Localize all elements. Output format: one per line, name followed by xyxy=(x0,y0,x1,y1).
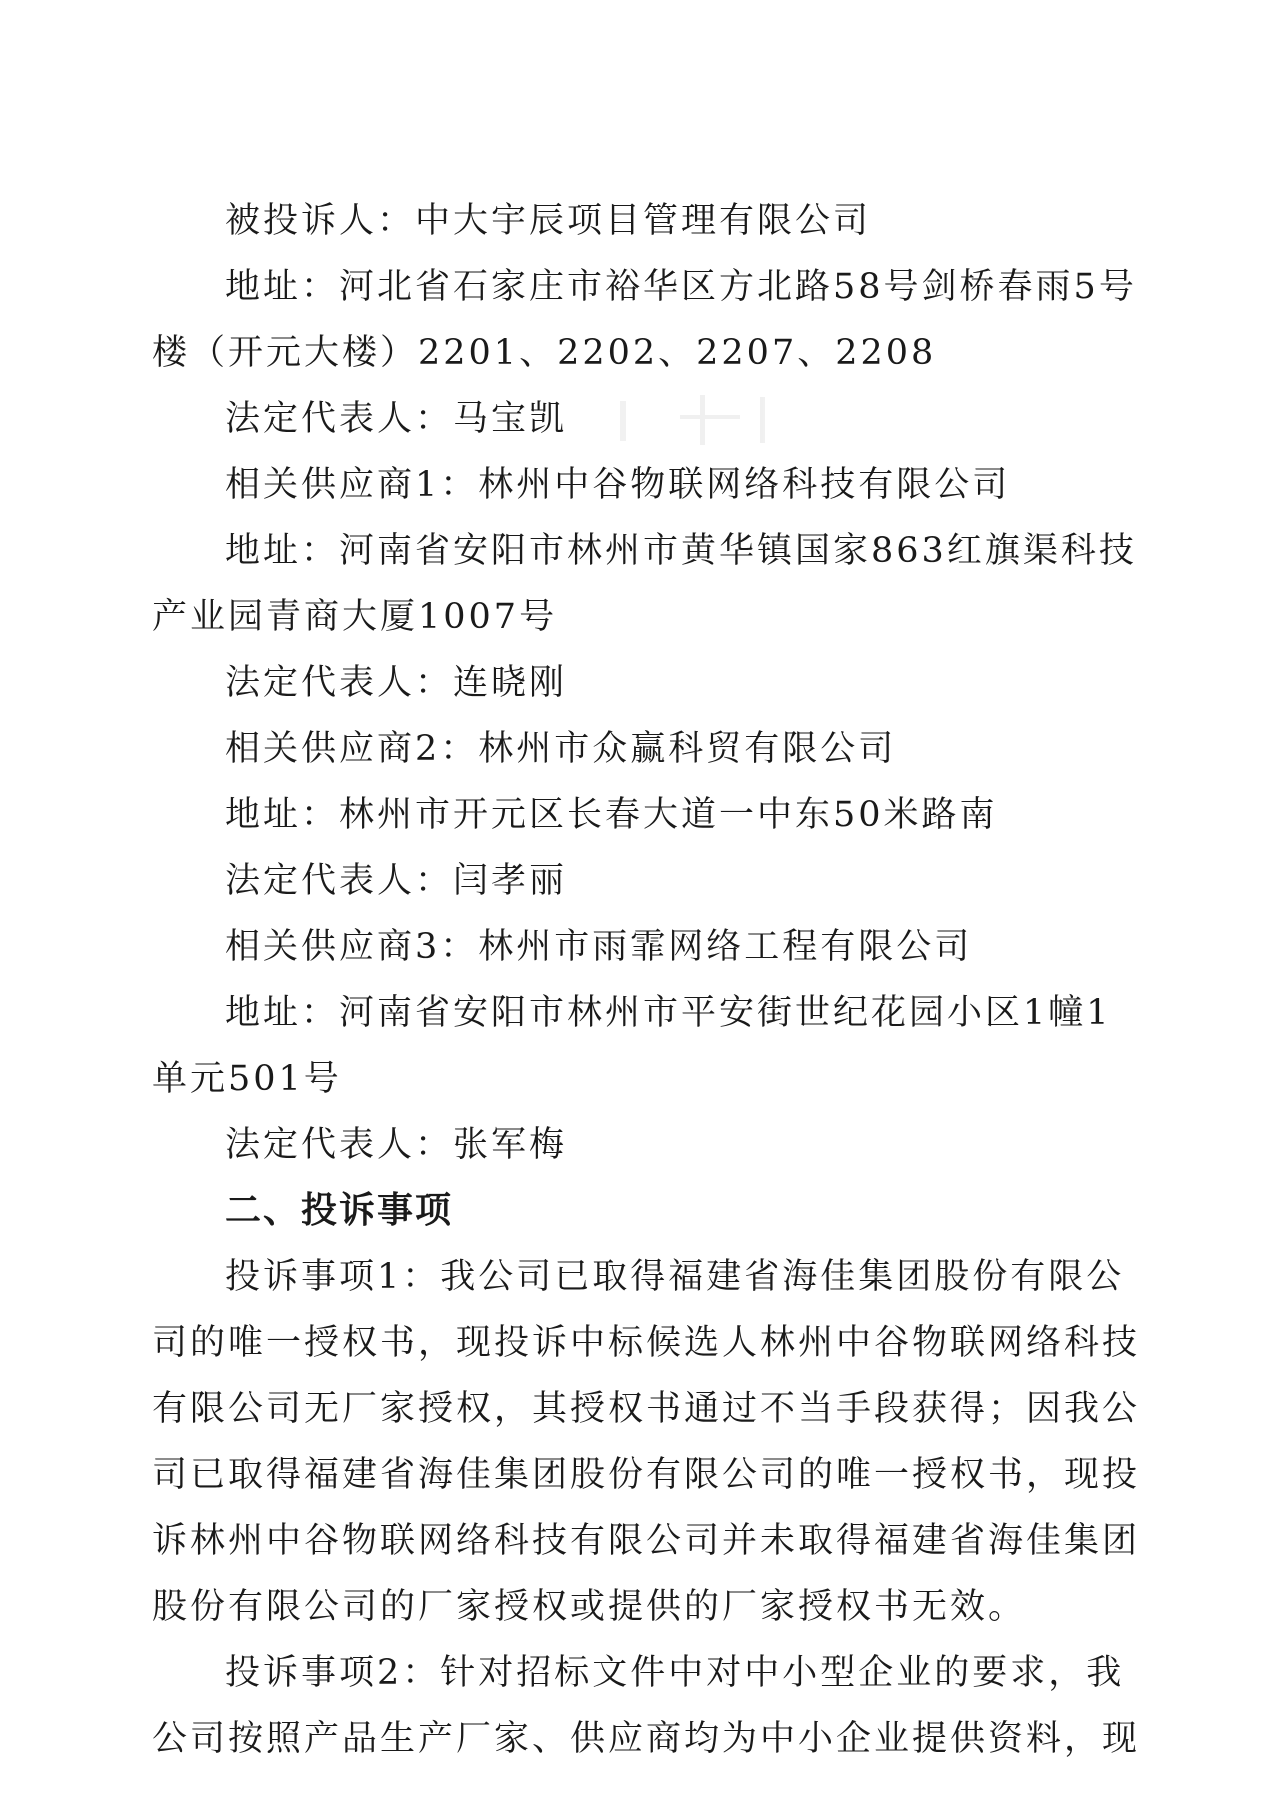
respondent-line: 被投诉人：中大宇辰项目管理有限公司 xyxy=(152,188,1147,254)
respondent-label: 被投诉人： xyxy=(225,201,415,241)
supplier-2-line: 相关供应商2：林州市众赢科贸有限公司 xyxy=(152,716,1147,782)
respondent-address-2: 楼（开元大楼）2201、2202、2207、2208 xyxy=(152,333,936,373)
complaint-item-2: 投诉事项2：针对招标文件中对中小型企业的要求，我 公司按照产品生产厂家、供应商均… xyxy=(152,1640,1147,1772)
respondent-name: 中大宇辰项目管理有限公司 xyxy=(415,201,871,241)
paragraph-line: 司的唯一授权书，现投诉中标候选人林州中谷物联网络科技 xyxy=(152,1310,1147,1376)
paragraph-line: 投诉事项1：我公司已取得福建省海佳集团股份有限公 xyxy=(152,1244,1147,1310)
rep-label: 法定代表人： xyxy=(225,399,453,439)
respondent-address-1: 河北省石家庄市裕华区方北路58号剑桥春雨5号 xyxy=(339,267,1137,307)
paragraph-line: 公司按照产品生产厂家、供应商均为中小企业提供资料，现 xyxy=(152,1706,1147,1772)
respondent-address-continuation: 楼（开元大楼）2201、2202、2207、2208 xyxy=(152,320,1147,386)
paragraph-line: 诉林州中谷物联网络科技有限公司并未取得福建省海佳集团 xyxy=(152,1508,1147,1574)
paragraph-line: 股份有限公司的厂家授权或提供的厂家授权书无效。 xyxy=(152,1574,1147,1640)
supplier-1-rep-line: 法定代表人：连晓刚 xyxy=(152,650,1147,716)
respondent-address-line: 地址：河北省石家庄市裕华区方北路58号剑桥春雨5号 xyxy=(152,254,1147,320)
supplier-1-line: 相关供应商1：林州中谷物联网络科技有限公司 xyxy=(152,452,1147,518)
scan-artifact xyxy=(620,395,780,445)
paragraph-line: 投诉事项2：针对招标文件中对中小型企业的要求，我 xyxy=(152,1640,1147,1706)
supplier-address-2: 产业园青商大厦1007号 xyxy=(152,597,557,637)
supplier-rep: 闫孝丽 xyxy=(453,861,567,901)
rep-label: 法定代表人： xyxy=(225,861,453,901)
rep-label: 法定代表人： xyxy=(225,1125,453,1165)
supplier-address-1: 河南省安阳市林州市黄华镇国家863红旗渠科技 xyxy=(339,531,1137,571)
supplier-label: 相关供应商3： xyxy=(225,927,478,967)
supplier-rep: 张军梅 xyxy=(453,1125,567,1165)
paragraph-line: 有限公司无厂家授权，其授权书通过不当手段获得；因我公 xyxy=(152,1376,1147,1442)
supplier-2-rep-line: 法定代表人：闫孝丽 xyxy=(152,848,1147,914)
supplier-1-address-line: 地址：河南省安阳市林州市黄华镇国家863红旗渠科技 xyxy=(152,518,1147,584)
supplier-3-address-continuation: 单元501号 xyxy=(152,1046,1147,1112)
supplier-rep: 连晓刚 xyxy=(453,663,567,703)
address-label: 地址： xyxy=(225,267,339,307)
respondent-rep: 马宝凯 xyxy=(453,399,567,439)
address-label: 地址： xyxy=(225,993,339,1033)
supplier-name: 林州市雨霏网络工程有限公司 xyxy=(478,927,972,967)
section-heading: 二、投诉事项 xyxy=(152,1178,1147,1244)
supplier-3-line: 相关供应商3：林州市雨霏网络工程有限公司 xyxy=(152,914,1147,980)
supplier-name: 林州中谷物联网络科技有限公司 xyxy=(478,465,1010,505)
supplier-address-1: 林州市开元区长春大道一中东50米路南 xyxy=(339,795,998,835)
rep-label: 法定代表人： xyxy=(225,663,453,703)
address-label: 地址： xyxy=(225,795,339,835)
supplier-address-2: 单元501号 xyxy=(152,1059,342,1099)
supplier-label: 相关供应商1： xyxy=(225,465,478,505)
supplier-label: 相关供应商2： xyxy=(225,729,478,769)
supplier-address-1: 河南省安阳市林州市平安街世纪花园小区1幢1 xyxy=(339,993,1112,1033)
supplier-name: 林州市众赢科贸有限公司 xyxy=(478,729,896,769)
paragraph-line: 司已取得福建省海佳集团股份有限公司的唯一授权书，现投 xyxy=(152,1442,1147,1508)
supplier-2-address-line: 地址：林州市开元区长春大道一中东50米路南 xyxy=(152,782,1147,848)
supplier-1-address-continuation: 产业园青商大厦1007号 xyxy=(152,584,1147,650)
address-label: 地址： xyxy=(225,531,339,571)
supplier-3-address-line: 地址：河南省安阳市林州市平安街世纪花园小区1幢1 xyxy=(152,980,1147,1046)
complaint-item-1: 投诉事项1：我公司已取得福建省海佳集团股份有限公 司的唯一授权书，现投诉中标候选… xyxy=(152,1244,1147,1640)
supplier-3-rep-line: 法定代表人：张军梅 xyxy=(152,1112,1147,1178)
